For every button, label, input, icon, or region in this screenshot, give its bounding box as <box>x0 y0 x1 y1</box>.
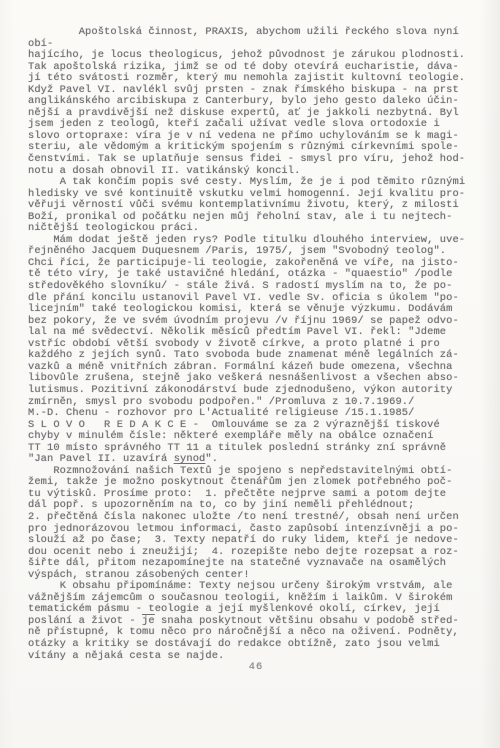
paragraph-conclusion: A tak končím popis své cesty. Myslím, že… <box>28 177 484 235</box>
errata-text-end: ". <box>205 453 218 465</box>
section-heading-slovo-redakce: S L O V O R E D A K C E <box>28 419 186 431</box>
page-number: 46 <box>28 662 484 674</box>
paragraph-free-theologian: Mám dodat ještě jeden rys? Podle titulku… <box>28 235 484 408</box>
paragraph-apostolic-activity: Apoštolská činnost, PRAXIS, abychom užil… <box>28 27 484 177</box>
text-block: Apoštolská činnost, PRAXIS, abychom užil… <box>28 27 484 674</box>
typewritten-document-page: Apoštolská činnost, PRAXIS, abychom užil… <box>0 0 500 748</box>
paragraph-content-note: K obsahu připomínáme: Texty nejsou určen… <box>28 581 484 662</box>
errata-underlined-word: synod <box>174 453 206 465</box>
paragraph-copying-instructions: Rozmnožování našich Textů je spojeno s n… <box>28 466 484 581</box>
paragraph-errata: S L O V O R E D A K C E - Omlouváme se z… <box>28 420 484 466</box>
